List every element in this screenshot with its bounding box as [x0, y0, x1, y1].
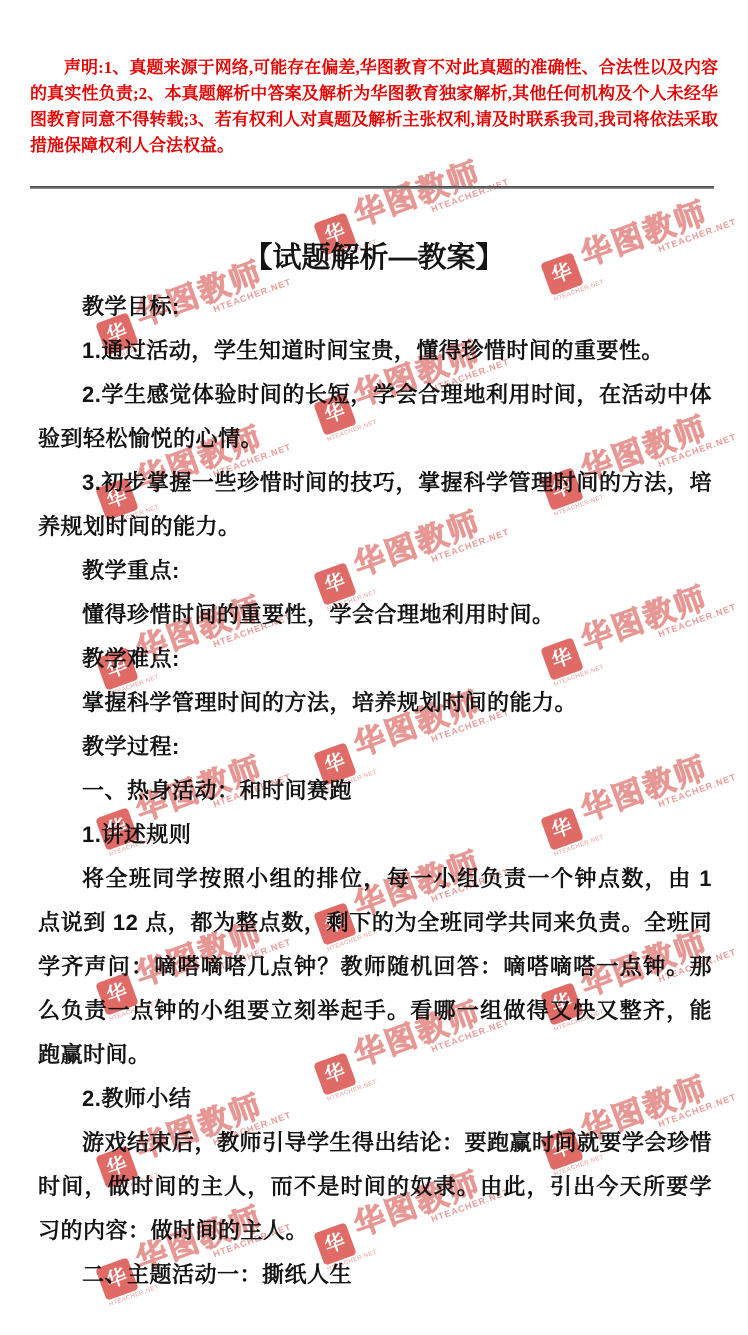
- disclaimer-label: 声明:: [64, 58, 104, 77]
- body-paragraph: 教学难点:: [38, 637, 712, 681]
- body-paragraph: 懂得珍惜时间的重要性，学会合理地利用时间。: [38, 593, 712, 637]
- disclaimer-notice: 声明:1、真题来源于网络,可能存在偏差,华图教育不对此真题的准确性、合法性以及内…: [0, 17, 748, 169]
- body-paragraph: 将全班同学按照小组的排位，每一小组负责一个钟点数，由 1 点说到 12 点，都为…: [38, 857, 712, 1077]
- section-divider: [30, 186, 714, 189]
- body-paragraph: 教学目标:: [38, 285, 712, 329]
- disclaimer-text: 1、真题来源于网络,可能存在偏差,华图教育不对此真题的准确性、合法性以及内容的真…: [30, 58, 718, 155]
- body-paragraph: 教学过程:: [38, 725, 712, 769]
- body-paragraph: 2.教师小结: [38, 1077, 712, 1121]
- body-paragraph: 掌握科学管理时间的方法，培养规划时间的能力。: [38, 681, 712, 725]
- page-title: 【试题解析—教案】: [0, 239, 748, 277]
- body-paragraph: 教学重点:: [38, 549, 712, 593]
- document-content: 声明:1、真题来源于网络,可能存在偏差,华图教育不对此真题的准确性、合法性以及内…: [0, 17, 748, 1297]
- body-paragraph: 3.初步掌握一些珍惜时间的技巧，掌握科学管理时间的方法，培养规划时间的能力。: [38, 461, 712, 549]
- document-body: 教学目标: 1.通过活动，学生知道时间宝贵，懂得珍惜时间的重要性。 2.学生感觉…: [38, 285, 712, 1297]
- body-paragraph: 游戏结束后，教师引导学生得出结论：要跑赢时间就要学会珍惜时间，做时间的主人，而不…: [38, 1121, 712, 1253]
- body-paragraph: 二、主题活动一：撕纸人生: [38, 1253, 712, 1297]
- document-page: 华 HTEACHER.NET 华图教师 HTEACHER.NET 华 HTEAC…: [0, 0, 748, 1335]
- body-paragraph: 1.讲述规则: [38, 813, 712, 857]
- body-paragraph: 2.学生感觉体验时间的长短，学会合理地利用时间，在活动中体验到轻松愉悦的心情。: [38, 373, 712, 461]
- body-paragraph: 1.通过活动，学生知道时间宝贵，懂得珍惜时间的重要性。: [38, 329, 712, 373]
- body-paragraph: 一、热身活动：和时间赛跑: [38, 769, 712, 813]
